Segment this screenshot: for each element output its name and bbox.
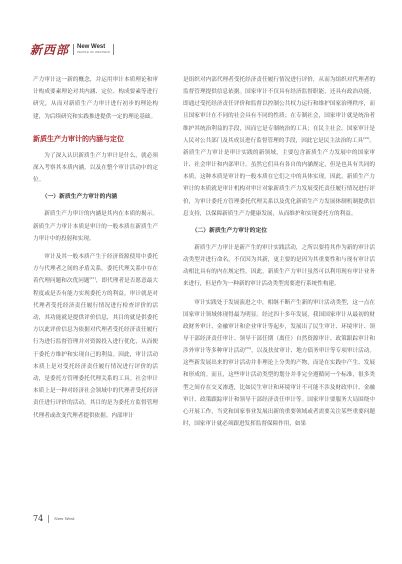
subheading-connotation: （一）新质生产力审计的内涵 bbox=[33, 192, 158, 202]
right-column: 是组织对内部代理者受托经济责任履行情况进行评价，从而为组织对代理者的监督管理提供… bbox=[183, 74, 375, 430]
left-column: 产力审计这一新的概念，并运用审计本质理论和审计构成要素理论对其内涵、定位、构成要… bbox=[33, 74, 158, 422]
page-footer: 74 New West bbox=[33, 514, 75, 523]
continued-paragraph: 是组织对内部代理者受托经济责任履行情况进行评价，从而为组织对代理者的监督管理提供… bbox=[183, 74, 375, 220]
logo-divider-right bbox=[113, 44, 114, 55]
section-heading: 新质生产力审计的内涵与定位 bbox=[33, 134, 158, 144]
audit-essence-paragraph: 审计及其一般本质产生于经济资源使用中委托方与代理者之间的矛盾关系。委托代理关系中… bbox=[33, 251, 158, 422]
text-run: ，即代理者是否愿意最大程度或是否有能力实现委托方的利益。审计就是对代理者受托经济… bbox=[33, 278, 158, 418]
logo-divider bbox=[73, 44, 74, 55]
masthead: 新西部 New West PEOPLE OF WESTERN bbox=[30, 42, 114, 56]
positioning-paragraph: 新质生产力审计是新产生的审计实践活动，之所以要将其作为新的审计活动类型并进行命名… bbox=[183, 242, 375, 291]
subheading-positioning: （二）新质生产力审计的定位 bbox=[183, 226, 375, 236]
footer-magazine-name: New West bbox=[54, 516, 74, 521]
intro-paragraph: 产力审计这一新的概念，并运用审计本质理论和审计构成要素理论对其内涵、定位、构成要… bbox=[33, 74, 158, 123]
logo-english-subtitle: PEOPLE OF WESTERN bbox=[77, 51, 110, 54]
magazine-logo-english: New West PEOPLE OF WESTERN bbox=[77, 44, 110, 54]
footer-divider bbox=[48, 515, 49, 523]
page-number: 74 bbox=[33, 514, 43, 523]
text-run: 。新质生产力审计是审计实践的新领域，主要包含新质生产力发展中的国家审计、社会审计… bbox=[183, 138, 375, 217]
text-run: ，以及扶贫审计、地方债务审计等专项审计活动。这些新发展出来的审计活动并非理论上分… bbox=[183, 348, 375, 427]
audit-evolution-paragraph: 审计实践处于发展演进之中，相继不断产生新的审计活动类型，这一点在国家审计领域体现… bbox=[183, 297, 375, 431]
section-intro-paragraph: 为了深入认识新质生产力审计是什么，就必须深入考察其本质内涵，以及在整个审计活动中… bbox=[33, 150, 158, 187]
connotation-paragraph: 新质生产力审计的内涵是其内在本质的揭示。新质生产力审计本质是审计的一般本质在新质… bbox=[33, 208, 158, 245]
text-run: 审计实践处于发展演进之中，相继不断产生新的审计活动类型，这一点在国家审计领域体现… bbox=[183, 300, 375, 355]
text-run: 是组织对内部代理者受托经济责任履行情况进行评价，从而为组织对代理者的监督管理提供… bbox=[183, 77, 375, 144]
magazine-logo-chinese: 新西部 bbox=[30, 41, 69, 58]
